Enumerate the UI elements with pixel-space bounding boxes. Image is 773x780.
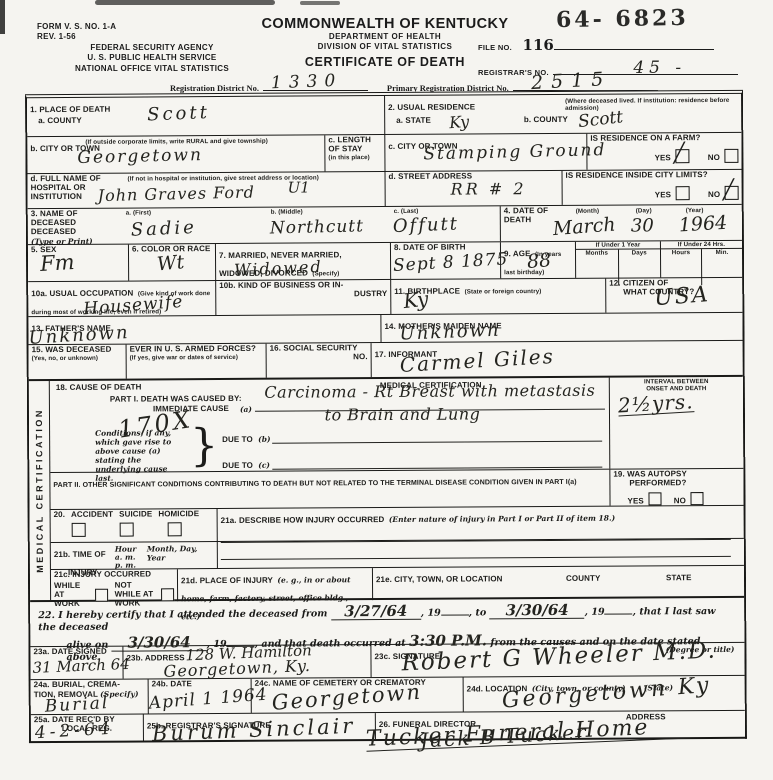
citizen-value: USA (654, 284, 711, 310)
autopsy-label2: PERFORMED? (629, 479, 740, 489)
field-first-name: a. (First) Sadie (123, 208, 268, 244)
field-armed-forces: EVER IN U. S. ARMED FORCES? (If yes, giv… (127, 344, 267, 379)
residence-city-value: Stamping Ground (423, 142, 606, 163)
death-certificate-scan: FORM V. S. NO. 1-A REV. 1-56 FEDERAL SEC… (0, 0, 773, 780)
field-age-under-24-hrs: If Under 24 Hrs. Hours Min. (661, 241, 742, 277)
ssn-label2: NO. (270, 353, 368, 363)
field-city-of-death: b. CITY OR TOWN (If outside corporate li… (27, 135, 325, 173)
field-residence-city: c. CITY OR TOWN Stamping Ground (385, 134, 587, 171)
row-hospital: d. FULL NAME OF HOSPITAL OR INSTITUTION … (28, 170, 742, 209)
describe-injury-label: 21a. DESCRIBE HOW INJURY OCCURRED (221, 515, 385, 525)
not-while-at-work-checkbox[interactable] (161, 588, 174, 601)
form-revision: REV. 1-56 (37, 32, 267, 42)
row-informant: 15. WAS DECEASED (Yes, no, or unknown) E… (29, 341, 743, 381)
injury-occurred-label: 21c. INJURY OCCURRED (54, 570, 174, 580)
address-value-2: Georgetown, Ky. (163, 658, 311, 680)
armed-forces-label: EVER IN U. S. ARMED FORCES? (130, 345, 263, 355)
date-signed-value: 31 March 64 (32, 657, 130, 676)
field-length-of-stay: c. LENGTH OF STAY (in this place) (325, 135, 385, 171)
burial-date-value: April 1 1964 (148, 687, 268, 713)
last-name-value: Offutt (392, 215, 459, 236)
field-date-of-death: 4. DATE OF DEATH (Month) (Day) (Year) Ma… (501, 205, 742, 241)
field-cause-of-death: 18. CAUSE OF DEATH MEDICAL CERTIFICATION… (50, 378, 611, 472)
certify-number: 22. (38, 610, 55, 621)
primary-district-value: 2515 (531, 70, 612, 93)
dob-value: Sept 8 1875 (393, 251, 509, 275)
interval-value: 2½yrs. (617, 391, 694, 416)
attended-to-value: 3/30/64 (505, 601, 568, 619)
row-sex-age: 5. SEX Fm 6. COLOR OR RACE Wt 7. MARRIED… (28, 241, 742, 282)
row-parents: 13. FATHER'S NAME Unknown 14. MOTHER'S M… (28, 313, 742, 345)
first-name-value: Sadie (131, 219, 198, 240)
physician-signature: Robert G Wheeler M.D. (401, 639, 717, 675)
field-cemetery-location: 24d. LOCATION (City, town, or county) (S… (464, 676, 745, 712)
birthplace-value: Ky (402, 288, 429, 311)
accident-label: ACCIDENT (71, 511, 113, 520)
suicide-checkbox[interactable] (120, 522, 134, 536)
registrar-no-value: 45 - (633, 60, 686, 77)
date-of-death-label: 4. DATE OF DEATH (504, 207, 550, 225)
due-to-c-line (272, 449, 602, 470)
accident-checkbox[interactable] (72, 523, 86, 537)
field-place-of-death-county: 1. PLACE OF DEATH a. COUNTY Scott (27, 96, 385, 136)
row-name-date: 3. NAME OF DECEASED DECEASED (Type or Pr… (28, 205, 742, 245)
cause-a-label: (a) (240, 405, 252, 414)
hospital-extra-mark: U1 (288, 180, 310, 195)
field-usual-occupation: 10a. USUAL OCCUPATION (Give kind of work… (28, 281, 216, 316)
row-occupation: 10a. USUAL OCCUPATION (Give kind of work… (28, 278, 742, 317)
usual-residence-title: 2. USUAL RESIDENCE (388, 102, 475, 112)
describe-injury-note: (Enter nature of injury in Part I or Par… (389, 514, 615, 524)
scan-artifact (300, 1, 340, 5)
dod-day-label: (Day) (636, 207, 652, 214)
limits-no-checkbox[interactable]: ╱ (725, 186, 739, 200)
age-value: 88 (526, 251, 552, 272)
field-color-race: 6. COLOR OR RACE Wt (129, 244, 216, 281)
file-no-row: FILE NO. 116 (478, 36, 714, 55)
field-signature-23c: 23c. SIGNATURE (Degree or title) Robert … (371, 643, 744, 677)
scan-artifact (95, 0, 275, 5)
field-sex: 5. SEX Fm (28, 245, 129, 282)
field-burial-date: 24b. DATE April 1 1964 (149, 679, 252, 714)
residence-county-label: b. COUNTY (524, 116, 568, 130)
state-label: a. STATE (396, 117, 431, 131)
farm-yes-checkmark: ╱ (673, 142, 685, 164)
field-cemetery-name: 24c. NAME OF CEMETERY OR CREMATORY Georg… (252, 678, 464, 713)
agency-line: U. S. PUBLIC HEALTH SERVICE (37, 53, 267, 63)
certify-text-2: , 19 (421, 608, 441, 619)
first-name-label: a. (First) (126, 209, 265, 217)
marital-value: Widowed (234, 259, 323, 279)
length-of-stay-note: (in this place) (328, 154, 381, 161)
agency-line: FEDERAL SECURITY AGENCY (37, 43, 267, 53)
city-value: Georgetown (77, 147, 203, 167)
form-number-block: FORM V. S. NO. 1-A REV. 1-56 FEDERAL SEC… (37, 22, 267, 74)
injury-blank-line2 (221, 556, 731, 560)
middle-name-label: b. (Middle) (271, 208, 388, 216)
field-birthplace: 11. BIRTHPLACE (State or foreign country… (391, 279, 606, 314)
field-injury-state: STATE (663, 566, 744, 598)
dod-month-value: March (552, 215, 616, 239)
street-value: RR # 2 (451, 181, 527, 197)
autopsy-yes-checkbox[interactable] (648, 492, 661, 505)
was-deceased-label: 15. WAS DECEASED (32, 346, 123, 356)
row-city: b. CITY OR TOWN (If outside corporate li… (27, 133, 741, 174)
month-day-year-label: Month, Day, Year (147, 544, 217, 562)
field-burial-type: 24a. BURIAL, CREMA- TION, REMOVAL (Speci… (31, 679, 149, 714)
injury-county-label: COUNTY (566, 574, 600, 583)
field-name-of-deceased: 3. NAME OF DECEASED DECEASED (Type or Pr… (28, 209, 123, 245)
b-label: (b) (258, 435, 270, 444)
suicide-label: SUICIDE (119, 510, 152, 519)
field-industry: 10b. KIND OF BUSINESS OR IN- DUSTRY (216, 280, 391, 315)
field-injury-county: COUNTY (563, 566, 663, 599)
field-hospital-name: d. FULL NAME OF HOSPITAL OR INSTITUTION … (28, 172, 386, 208)
field-accident-suicide-homicide: 20. ACCIDENT SUICIDE HOMICIDE (51, 509, 218, 542)
dod-day-value: 30 (631, 217, 654, 235)
farm-yes-checkbox[interactable]: ╱ (675, 149, 689, 163)
row-registrar: 25a. DATE REC'D BY LOCAL REG. 4-2-64 25b… (31, 711, 745, 741)
file-no-label: FILE NO. (478, 43, 512, 52)
while-at-work-checkbox[interactable] (95, 589, 108, 602)
sex-value: Fm (39, 252, 75, 275)
time-of-injury-label: 21b. TIME OF (54, 550, 106, 559)
cause-value-line1: Carcinoma - Rt Breast with metastasis (264, 381, 595, 402)
dod-year-value: 1964 (678, 214, 727, 236)
medical-certification-vertical-label: MEDICAL CERTIFICATION (34, 408, 45, 573)
autopsy-no-label: NO (674, 496, 686, 505)
limits-yes-label: YES (655, 190, 671, 199)
field-registrar-signature: 25b. REGISTRAR'S SIGNATURE Burum Sinclai… (144, 713, 376, 740)
state-value: Ky (448, 114, 469, 131)
homicide-checkbox[interactable] (168, 522, 182, 536)
brace-glyph: } (190, 420, 218, 471)
hospital-value: John Graves Ford (97, 184, 255, 204)
row-signed: 23a. DATE SIGNED 31 March 64 23b. ADDRES… (30, 643, 744, 680)
certify-text-4: , 19 (585, 607, 605, 618)
field-time-of-injury: 21b. TIME OF INJURY Hour a. m. p. m. Mon… (51, 542, 218, 569)
scan-artifact (0, 0, 5, 34)
field-usual-residence: 2. USUAL RESIDENCE (Where deceased lived… (385, 94, 741, 134)
homicide-label: HOMICIDE (158, 510, 199, 519)
length-of-stay-label: c. LENGTH OF STAY (328, 136, 381, 154)
was-deceased-note: (Yes, no, or unknown) (32, 355, 123, 363)
limits-yes-checkbox[interactable] (675, 186, 689, 200)
attended-to-line: 3/30/64 (490, 603, 585, 620)
attended-from-value: 3/27/64 (344, 602, 407, 620)
place-of-death-title: 1. PLACE OF DEATH (30, 105, 110, 114)
field-injury-blank (218, 539, 744, 568)
place-of-injury-label: 21d. PLACE OF INJURY (181, 576, 273, 586)
field-citizen: 12. CITIZEN OF WHAT COUNTRY? USA (606, 278, 742, 313)
reg-district-value: 1330 (271, 73, 343, 92)
commonwealth-title: COMMONWEALTH OF KENTUCKY (240, 16, 530, 32)
cause-title: 18. CAUSE OF DEATH (56, 383, 142, 392)
field-autopsy: 19. WAS AUTOPSY PERFORMED? YES NO (610, 469, 743, 506)
medical-certification-band: MEDICAL CERTIFICATION 18. CAUSE OF DEATH… (29, 377, 744, 602)
field-last-name: c. (Last) Offutt (391, 206, 501, 242)
agency-line: NATIONAL OFFICE VITAL STATISTICS (37, 64, 267, 74)
farm-no-checkbox[interactable] (724, 149, 738, 163)
field-date-of-birth: 8. DATE OF BIRTH Sept 8 1875 (391, 242, 501, 279)
field-address-23b: 23b. ADDRESS 128 W. Hamilton Georgetown,… (123, 645, 371, 679)
autopsy-no-checkbox[interactable] (690, 492, 703, 505)
field-mother-name: 14. MOTHER'S MAIDEN NAME Unknown (381, 313, 742, 342)
due-to-b-line (272, 423, 602, 444)
blank-19-1 (441, 614, 469, 615)
certify-text-3: , to (469, 607, 487, 618)
hospital-note: (If not in hospital or institution, give… (128, 174, 378, 183)
field-date-signed: 23a. DATE SIGNED 31 March 64 (30, 647, 123, 680)
reg-district-line: 1330 (263, 90, 368, 91)
row-place-residence: 1. PLACE OF DEATH a. COUNTY Scott 2. USU… (27, 94, 741, 137)
armed-forces-note: (If yes, give war or dates of service) (130, 354, 263, 362)
attended-from-line: 3/27/64 (331, 604, 421, 621)
field-date-received: 25a. DATE REC'D BY LOCAL REG. 4-2-64 (31, 714, 144, 741)
autopsy-yes-label: YES (627, 496, 643, 505)
field-age-under-1-year: If Under 1 Year Months Days (576, 241, 661, 278)
farm-question: IS RESIDENCE ON A FARM? (590, 134, 738, 144)
file-no-value: 116 (523, 36, 554, 54)
certificate-form: 1. PLACE OF DEATH a. COUNTY Scott 2. USU… (25, 90, 747, 743)
pm-label: p. m. (115, 561, 136, 570)
date-received-value: 4-2-64 (34, 721, 114, 743)
industry-label2: DUSTRY (219, 290, 387, 300)
name-title: 3. NAME OF DECEASED (31, 210, 120, 228)
field-injury-city: 21e. CITY, TOWN, OR LOCATION (373, 567, 563, 600)
part2-label: PART II. OTHER SIGNIFICANT CONDITIONS CO… (53, 479, 576, 489)
burial-value: Burial (44, 695, 109, 716)
reg-district-label: Registration District No. (170, 83, 259, 93)
field-describe-injury: 21a. DESCRIBE HOW INJURY OCCURRED (Enter… (218, 506, 744, 541)
field-place-of-injury: 21d. PLACE OF INJURY (e. g., in or about… (178, 568, 373, 601)
field-street-address: d. STREET ADDRESS RR # 2 (386, 171, 563, 206)
farm-no-label: NO (708, 153, 720, 162)
stamped-certificate-number: 64- 6823 (556, 5, 689, 33)
county-value: Scott (147, 104, 210, 125)
field-inside-city-limits: IS RESIDENCE INSIDE CITY LIMITS? YES NO … (563, 170, 742, 205)
injury-state-label: STATE (666, 573, 692, 582)
injury-city-label: 21e. CITY, TOWN, OR LOCATION (376, 574, 503, 584)
item20-number: 20. (54, 511, 65, 520)
cause-value-line2: to Brain and Lung (325, 404, 481, 424)
middle-name-value: Northcutt (270, 218, 365, 237)
limits-no-label: NO (708, 190, 720, 199)
field-was-deceased: 15. WAS DECEASED (Yes, no, or unknown) (29, 345, 127, 380)
residence-county-value: Scott (577, 109, 624, 132)
mother-value: Unknown (399, 322, 501, 344)
form-number: FORM V. S. NO. 1-A (37, 22, 267, 32)
birthplace-note: (State or foreign country) (465, 288, 542, 295)
field-ssn: 16. SOCIAL SECURITY NO. (267, 343, 372, 378)
race-value: Wt (156, 253, 185, 274)
field-informant: 17. INFORMANT Carmel Giles (372, 341, 743, 377)
due-to-c-label: DUE TO (222, 462, 253, 471)
field-injury-occurred: 21c. INJURY OCCURRED WHILE AT WORK NOT W… (51, 569, 178, 602)
field-middle-name: b. (Middle) Northcutt (268, 207, 391, 243)
certify-text-1: I hereby certify that I attended the dec… (58, 608, 327, 621)
field-marital-status: 7. MARRIED, NEVER MARRIED, WIDOWED, DIVO… (216, 243, 391, 280)
blank-19-2 (605, 613, 633, 614)
field-father-name: 13. FATHER'S NAME Unknown (28, 315, 381, 344)
field-interval: INTERVAL BETWEEN ONSET AND DEATH 2½yrs. (610, 377, 744, 469)
row-burial: 24a. BURIAL, CREMA- TION, REMOVAL (Speci… (31, 676, 745, 715)
medical-certification-side-column: MEDICAL CERTIFICATION (29, 381, 51, 600)
file-no-line (554, 49, 714, 50)
limits-question: IS RESIDENCE INSIDE CITY LIMITS? (566, 171, 739, 181)
farm-yes-label: YES (655, 153, 671, 162)
field-residence-on-farm: IS RESIDENCE ON A FARM? YES ╱ NO (587, 133, 741, 170)
field-part2-conditions: PART II. OTHER SIGNIFICANT CONDITIONS CO… (50, 470, 610, 509)
limits-no-checkmark: ╱ (723, 179, 735, 201)
due-to-b-label: DUE TO (222, 436, 253, 445)
occupation-value: Housewife (83, 294, 184, 319)
c-label: (c) (258, 461, 270, 470)
location-value: Georgetown Ky (501, 675, 712, 713)
field-age: 9. AGE (In years last birthday) 88 (501, 242, 576, 278)
field-certification-statement: 22. I hereby certify that I attended the… (30, 598, 744, 646)
registrar-signature-value: Burum Sinclair (152, 716, 356, 745)
